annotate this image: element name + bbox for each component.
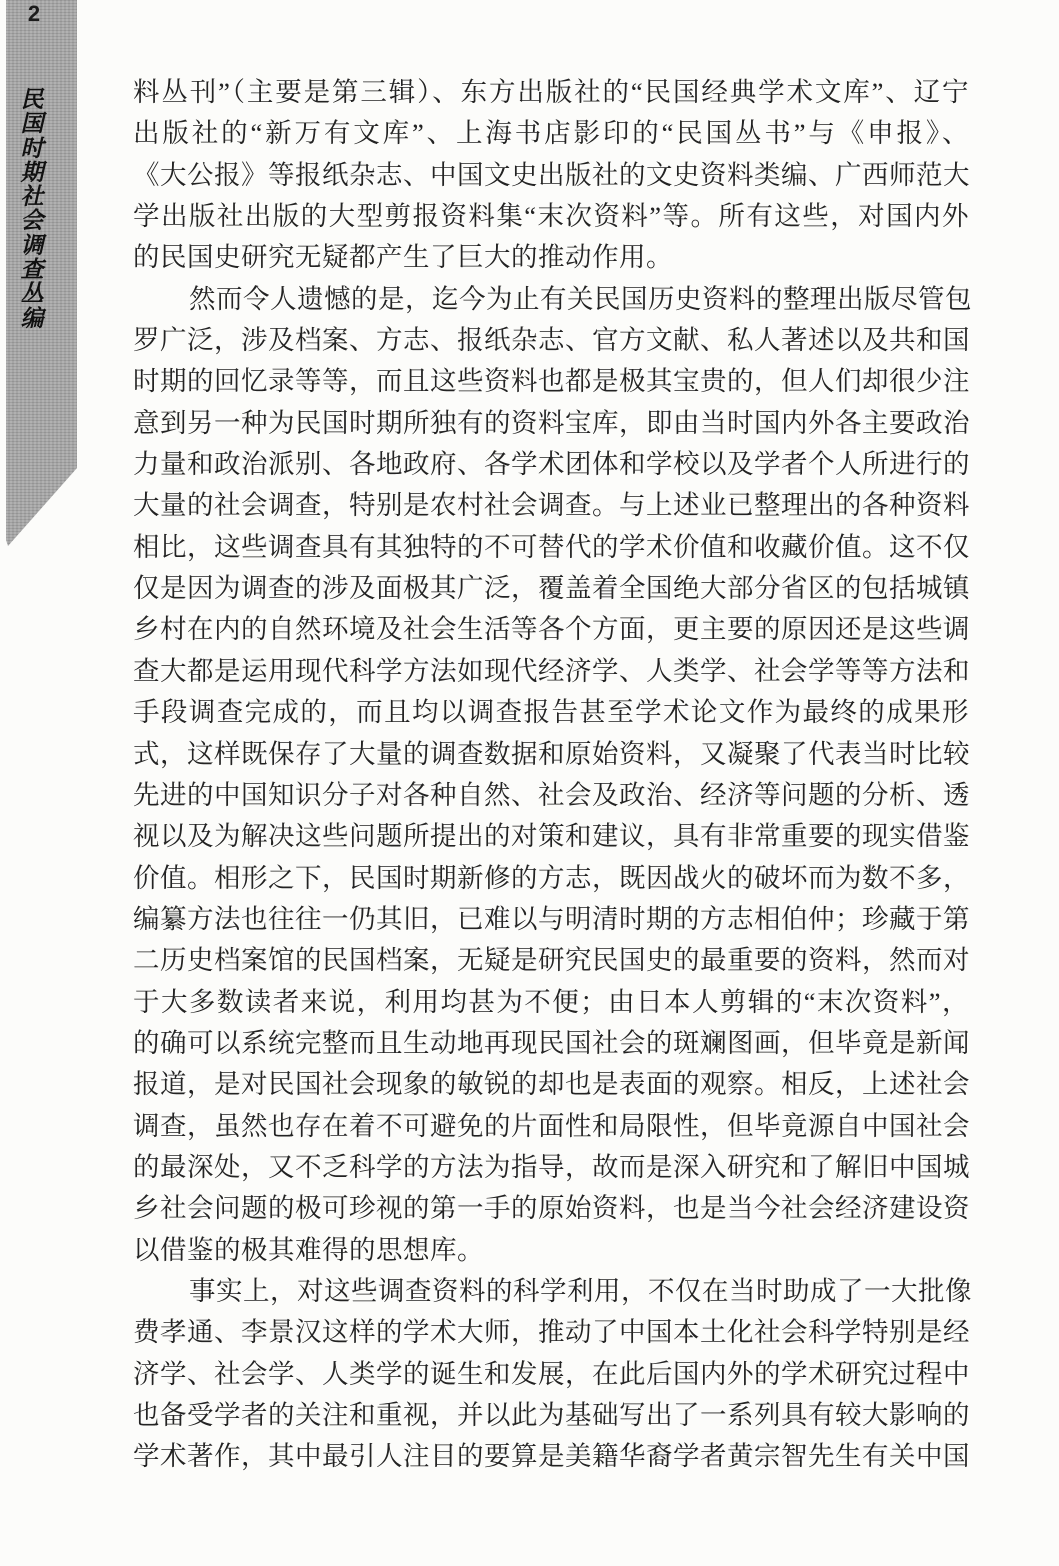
text-line: 手段调查完成的，而且均以调查报告甚至学术论文作为最终的成果形: [133, 692, 969, 733]
sidebar-title-char: 时: [10, 136, 58, 160]
text-line: 学术著作，其中最引人注目的要算是美籍华裔学者黄宗智先生有关中国: [133, 1436, 969, 1477]
sidebar-title-char: 国: [10, 111, 58, 135]
text-line: 罗广泛，涉及档案、方志、报纸杂志、官方文献、私人著述以及共和国: [133, 320, 969, 361]
sidebar-title-char: 丛: [10, 281, 58, 305]
sidebar-title-char: 查: [10, 257, 58, 281]
text-line: 先进的中国知识分子对各种自然、社会及政治、经济等问题的分析、透: [133, 775, 969, 816]
text-line: 查大都是运用现代科学方法如现代经济学、人类学、社会学等等方法和: [133, 651, 969, 692]
text-line: 意到另一种为民国时期所独有的资料宝库，即由当时国内外各主要政治: [133, 403, 969, 444]
series-ribbon: 2 民国时期社会调查丛编: [0, 0, 80, 550]
text-line: 相比，这些调查具有其独特的不可替代的学术价值和收藏价值。这不仅: [133, 527, 969, 568]
sidebar-title-char: 编: [10, 306, 58, 330]
text-line: 学出版社出版的大型剪报资料集“末次资料”等。所有这些，对国内外: [133, 196, 969, 237]
text-line: 济学、社会学、人类学的诞生和发展，在此后国内外的学术研究过程中: [133, 1354, 969, 1395]
text-line: 时期的回忆录等等，而且这些资料也都是极其宝贵的，但人们却很少注: [133, 361, 969, 402]
text-line: 力量和政治派别、各地政府、各学术团体和学校以及学者个人所进行的: [133, 444, 969, 485]
text-line: 也备受学者的关注和重视，并以此为基础写出了一系列具有较大影响的: [133, 1395, 969, 1436]
text-line: 调查，虽然也存在着不可避免的片面性和局限性，但毕竟源自中国社会: [133, 1106, 969, 1147]
sidebar-title-char: 会: [10, 208, 58, 232]
text-line: 乡社会问题的极可珍视的第一手的原始资料，也是当今社会经济建设资: [133, 1188, 969, 1229]
text-line: 然而令人遗憾的是，迄今为止有关民国历史资料的整理出版尽管包: [133, 279, 969, 320]
text-line: 二历史档案馆的民国档案，无疑是研究民国史的最重要的资料，然而对: [133, 940, 969, 981]
text-line: 大量的社会调查，特别是农村社会调查。与上述业已整理出的各种资料: [133, 485, 969, 526]
sidebar-title-char: 民: [10, 87, 58, 111]
text-line: 费孝通、李景汉这样的学术大师，推动了中国本土化社会科学特别是经: [133, 1312, 969, 1353]
text-line: 的最深处，又不乏科学的方法为指导，故而是深入研究和了解旧中国城: [133, 1147, 969, 1188]
body-text: 料丛刊”（主要是第三辑）、东方出版社的“民国经典学术文库”、辽宁 出版社的“新万…: [133, 72, 969, 1478]
sidebar-title: 民国时期社会调查丛编: [13, 87, 55, 330]
text-line: 以借鉴的极其难得的思想库。: [133, 1230, 969, 1271]
sidebar-title-char: 期: [10, 160, 58, 184]
text-line: 编纂方法也往往一仍其旧，已难以与明清时期的方志相伯仲；珍藏于第: [133, 899, 969, 940]
text-line: 料丛刊”（主要是第三辑）、东方出版社的“民国经典学术文库”、辽宁: [133, 72, 969, 113]
text-line: 视以及为解决这些问题所提出的对策和建议，具有非常重要的现实借鉴: [133, 816, 969, 857]
text-line: 报道，是对民国社会现象的敏锐的却也是表面的观察。相反，上述社会: [133, 1064, 969, 1105]
text-line: 的确可以系统完整而且生动地再现民国社会的斑斓图画，但毕竟是新闻: [133, 1023, 969, 1064]
text-line: 乡村在内的自然环境及社会生活等各个方面，更主要的原因还是这些调: [133, 609, 969, 650]
text-line: 于大多数读者来说，利用均甚为不便；由日本人剪辑的“末次资料”，: [133, 982, 969, 1023]
text-line: 出版社的“新万有文库”、上海书店影印的“民国丛书”与《申报》、: [133, 113, 969, 154]
text-line: 的民国史研究无疑都产生了巨大的推动作用。: [133, 237, 969, 278]
sidebar-title-char: 调: [10, 233, 58, 257]
sidebar-title-char: 社: [10, 184, 58, 208]
text-line: 价值。相形之下，民国时期新修的方志，既因战火的破坏而为数不多，: [133, 858, 969, 899]
text-line: 《大公报》等报纸杂志、中国文史出版社的文史资料类编、广西师范大: [133, 155, 969, 196]
text-line: 式，这样既保存了大量的调查数据和原始资料，又凝聚了代表当时比较: [133, 734, 969, 775]
text-line: 事实上，对这些调查资料的科学利用，不仅在当时助成了一大批像: [133, 1271, 969, 1312]
text-line: 仅是因为调查的涉及面极其广泛，覆盖着全国绝大部分省区的包括城镇: [133, 568, 969, 609]
page-number: 2: [22, 1, 46, 27]
